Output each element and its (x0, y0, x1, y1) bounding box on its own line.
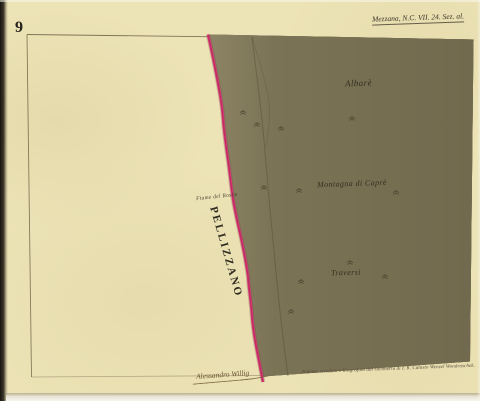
map-canvas (0, 0, 480, 401)
scan-edge-left (0, 0, 8, 401)
scan-edge-top (0, 0, 480, 2)
sheet-number: 9 (15, 19, 24, 37)
terrain-area (208, 35, 474, 377)
scan-edge-bottom (6, 393, 480, 401)
place-label-traversi: Traversi (331, 267, 361, 277)
place-label-albare: Albarè (345, 78, 372, 89)
